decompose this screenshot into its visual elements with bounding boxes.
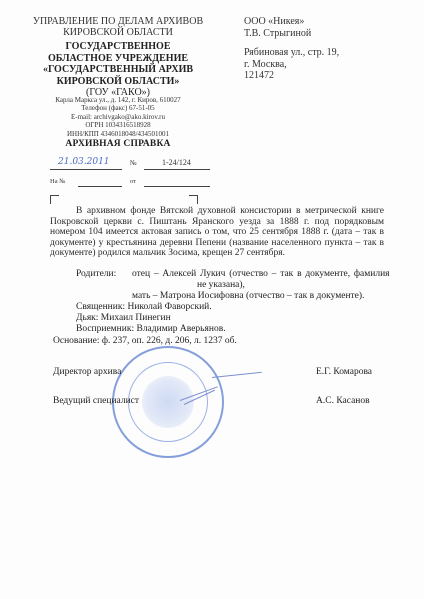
recipient-person: Т.В. Стрыгиной	[244, 28, 339, 40]
bracket-right	[189, 195, 198, 204]
sender-header: УПРАВЛЕНИЕ ПО ДЕЛАМ АРХИВОВ КИРОВСКОЙ ОБ…	[28, 16, 208, 99]
sender-inn-kpp: ИНН/КПП 4346018048/434501001	[28, 130, 208, 138]
document-number: 1-24/124	[162, 158, 191, 167]
reference-number-underline	[78, 186, 122, 187]
deacon-line: Дьяк: Михаил Пинегин	[76, 313, 171, 323]
basis-line: Основание: ф. 237, оп. 226, д. 206, л. 1…	[53, 336, 237, 346]
signatory-name-2: А.С. Касанов	[316, 396, 370, 406]
mother-line: мать – Матрона Иосифовна (отчество – так…	[132, 291, 364, 301]
institution-line-4: КИРОВСКОЙ ОБЛАСТИ»	[28, 76, 208, 88]
number-label: №	[130, 159, 137, 167]
signatory-name-1: Е.Г. Комарова	[316, 367, 372, 377]
father-line: отец – Алексей Лукич (отчество – так в д…	[132, 269, 384, 279]
recipient-street: Рябиновая ул., стр. 19,	[244, 47, 339, 59]
archival-certificate-page: УПРАВЛЕНИЕ ПО ДЕЛАМ АРХИВОВ КИРОВСКОЙ ОБ…	[0, 0, 424, 599]
reference-date-underline	[144, 186, 210, 187]
institution-line-2: ОБЛАСТНОЕ УЧРЕЖДЕНИЕ	[28, 53, 208, 65]
institution-line-3: «ГОСУДАРСТВЕННЫЙ АРХИВ	[28, 64, 208, 76]
signatory-position-1: Директор архива	[53, 367, 121, 377]
document-title: АРХИВНАЯ СПРАВКА	[28, 139, 208, 149]
parents-label: Родители:	[76, 269, 116, 279]
reference-number-label: На №	[50, 178, 65, 185]
number-underline	[144, 169, 210, 170]
recipient-block: ООО «Никея» Т.В. Стрыгиной Рябиновая ул.…	[244, 16, 339, 82]
sender-contacts: Карла Маркса ул., д. 142, г. Киров, 6100…	[28, 96, 208, 138]
signatory-position-2: Ведущий специалист	[53, 396, 139, 406]
institution-line-1: ГОСУДАРСТВЕННОЕ	[28, 41, 208, 53]
department-line-1: УПРАВЛЕНИЕ ПО ДЕЛАМ АРХИВОВ	[28, 16, 208, 27]
sender-ogrn: ОГРН 1034316518928	[28, 121, 208, 129]
priest-line: Священник: Николай Фаворский.	[76, 302, 212, 312]
date-underline	[50, 169, 122, 170]
sender-phone: Телефон (факс) 67-51-05	[28, 104, 208, 112]
godparent-line: Восприемник: Владимир Аверьянов.	[76, 324, 226, 334]
recipient-postcode: 121472	[244, 70, 339, 82]
document-date-handwritten: 21.03.2011	[58, 157, 110, 167]
department-line-2: КИРОВСКОЙ ОБЛАСТИ	[28, 27, 208, 38]
reference-from-label: от	[130, 178, 136, 185]
recipient-city: г. Москва,	[244, 59, 339, 71]
father-line-cont: не указана),	[197, 280, 245, 290]
director-signature	[212, 372, 262, 378]
certificate-body-paragraph: В архивном фонде Вятской духовной консис…	[50, 206, 384, 259]
recipient-org: ООО «Никея»	[244, 16, 339, 28]
sender-address: Карла Маркса ул., д. 142, г. Киров, 6100…	[28, 96, 208, 104]
bracket-left	[50, 195, 59, 204]
sender-email: E-mail: archivgako@ako.kirov.ru	[28, 113, 208, 121]
